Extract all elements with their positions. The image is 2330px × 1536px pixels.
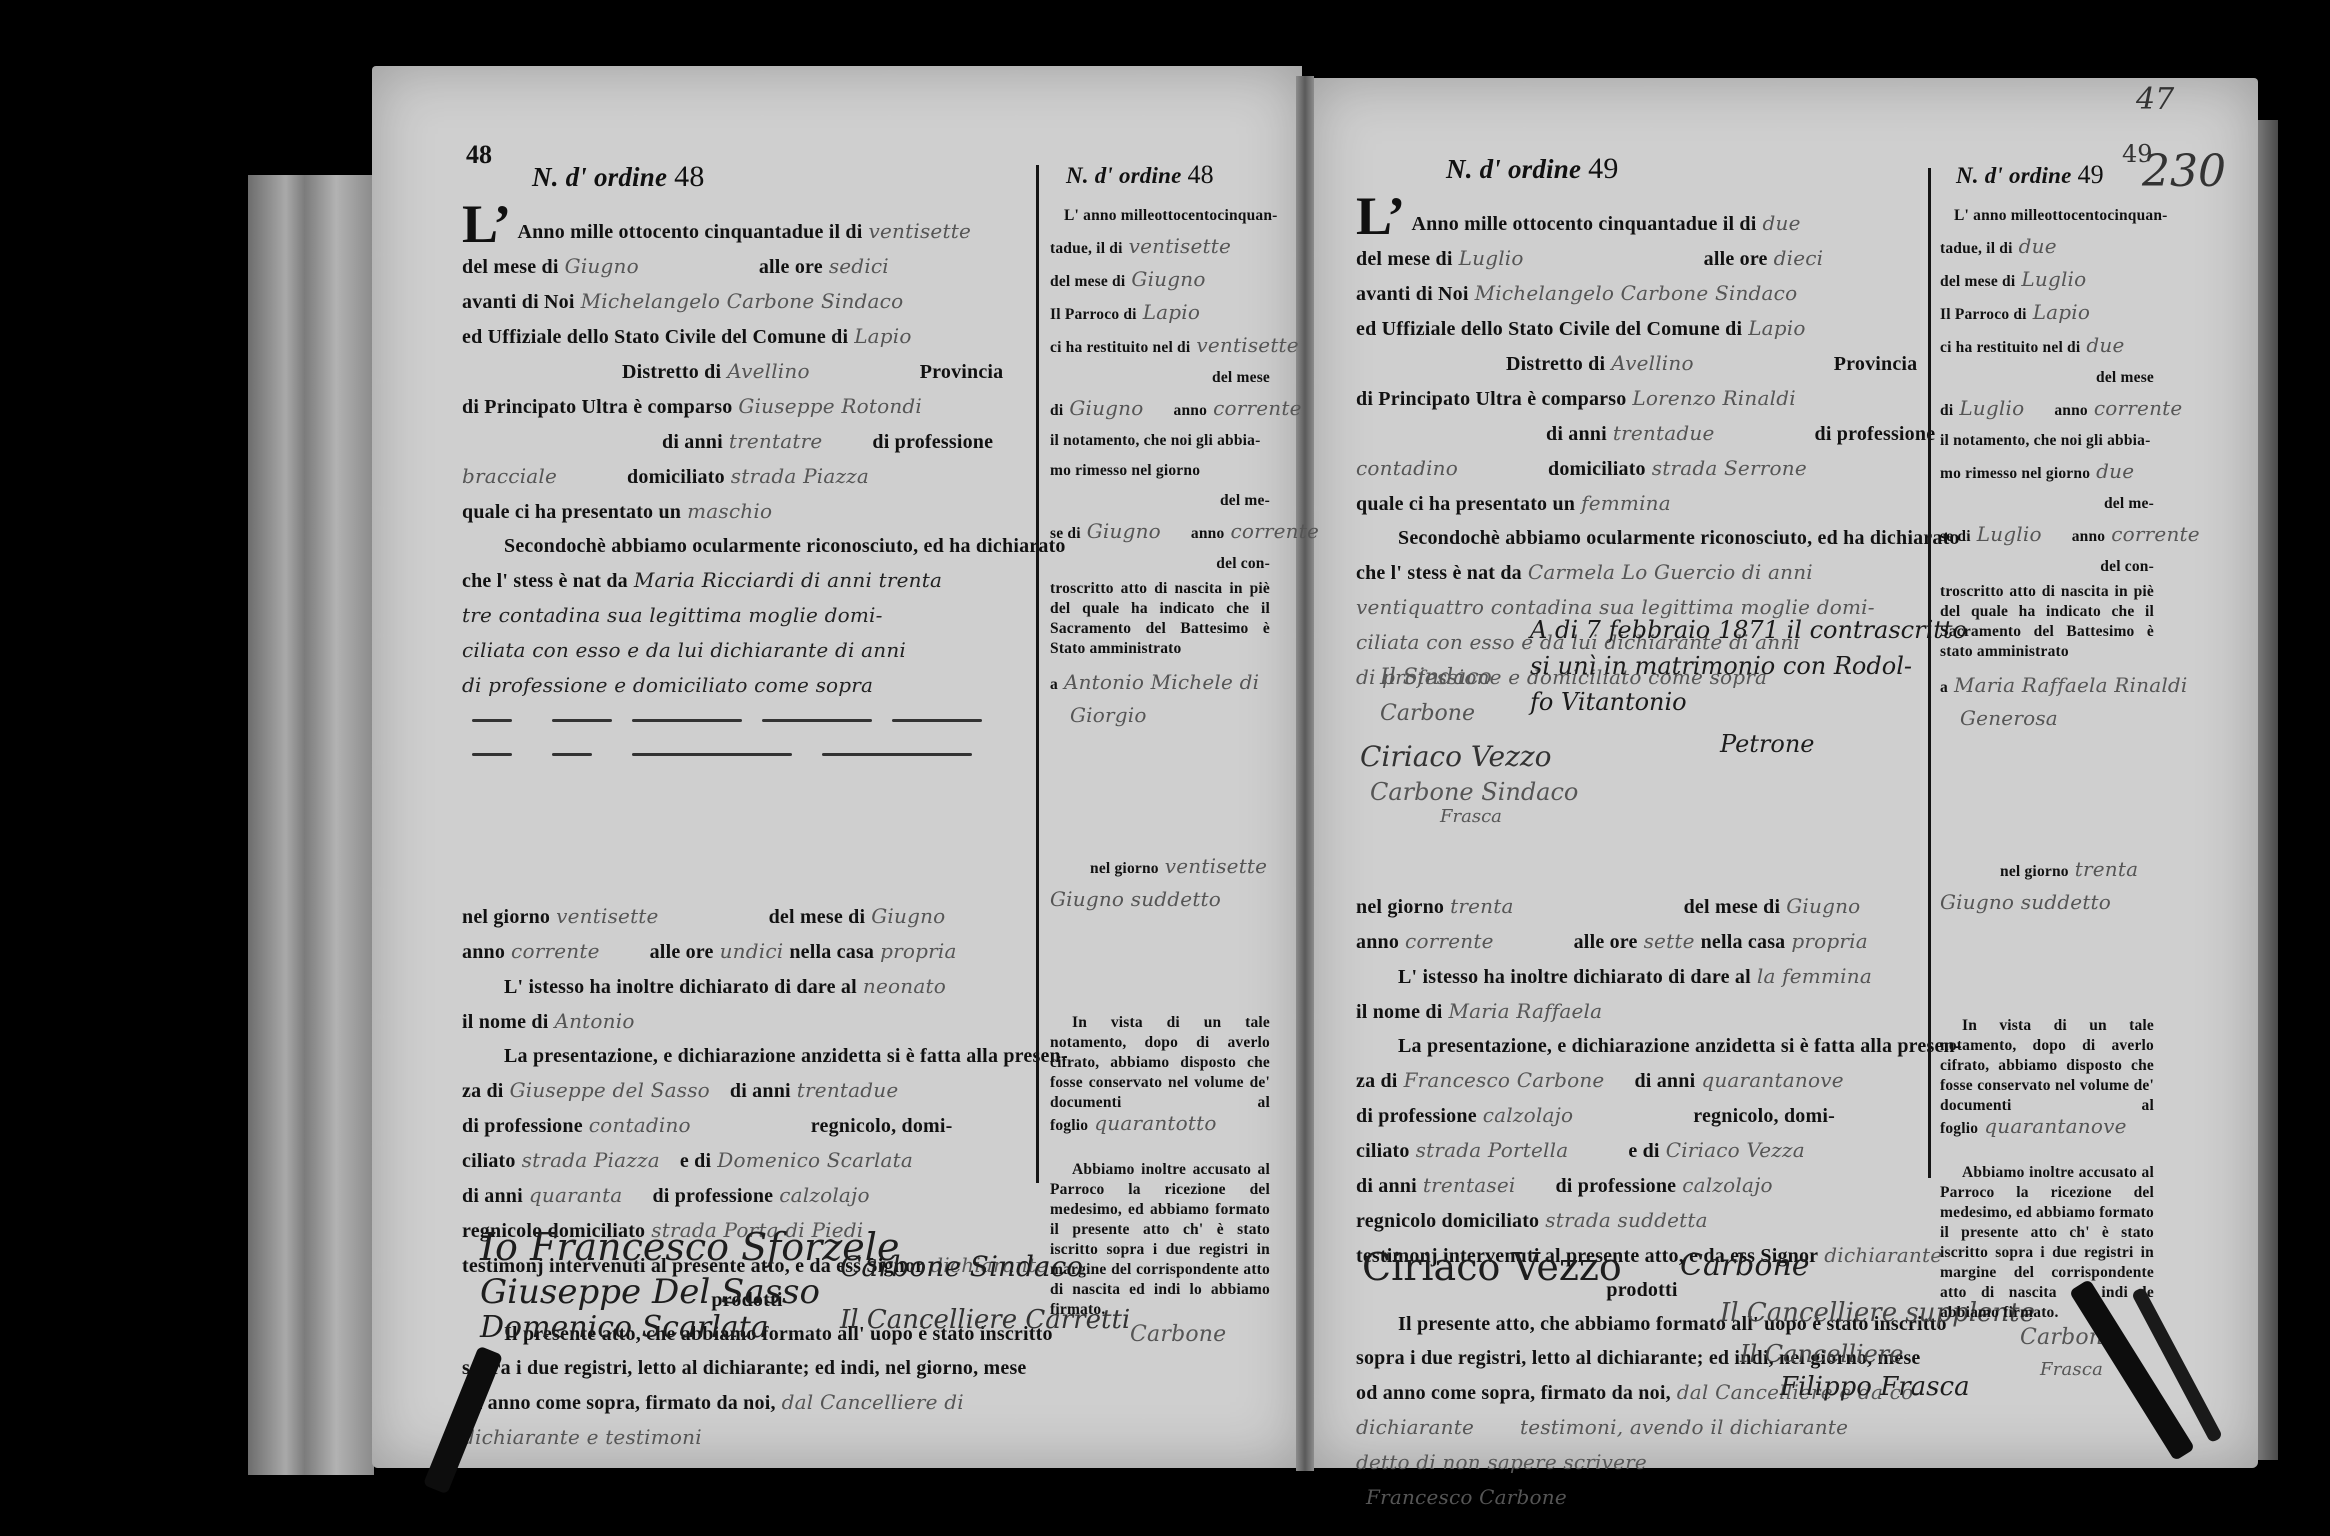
witness-note-3: Frasca — [1440, 806, 1502, 827]
left-page-edge-stack — [248, 175, 374, 1475]
blank-line-dashes — [462, 737, 1032, 771]
entry-number-heading: N. d' ordine 49 — [1940, 160, 2154, 191]
signature-witness: Ciriaco Vezzo — [1362, 1245, 1622, 1289]
signature-witness-1: Io Francesco Sforzele — [480, 1225, 899, 1269]
right-margin-entry: N. d' ordine 49 L' anno milleottocentoci… — [1940, 160, 2154, 1386]
signature-witness-2: Giuseppe Del Sasso — [480, 1272, 820, 1312]
folio-mark-top: 47 — [2136, 82, 2174, 117]
witness-note-2: Carbone Sindaco — [1370, 778, 1578, 806]
annotation-left-note: Il Sindaco Carbone — [1380, 660, 1492, 732]
column-rule — [1928, 168, 1931, 1178]
folio-number: 230 — [2142, 146, 2226, 197]
marriage-annotation: A di 7 febbraio 1871 il contrascritto si… — [1530, 612, 1967, 720]
blank-line-dashes — [462, 703, 1032, 737]
signature-witness-3: Domenico Scarlata — [480, 1310, 769, 1345]
entry-number-heading: N. d' ordine 49 — [1356, 152, 1928, 186]
signature-mayor: Carbone Sindaco — [840, 1250, 1083, 1283]
entry-number-heading: N. d' ordine 48 — [462, 160, 1032, 194]
book-spine — [1296, 76, 1314, 1471]
signature-chancellor: Il Cancelliere — [1740, 1340, 1903, 1368]
witness-note-1: Ciriaco Vezzo — [1360, 740, 1551, 773]
signature-mayor: Carbone — [1680, 1248, 1810, 1283]
annotation-initial: Petrone — [1720, 730, 1815, 758]
entry-number-heading: N. d' ordine 48 — [1050, 160, 1270, 191]
left-margin-entry: N. d' ordine 48 L' anno milleottocentoci… — [1050, 160, 1270, 1352]
column-rule — [1036, 165, 1039, 1183]
